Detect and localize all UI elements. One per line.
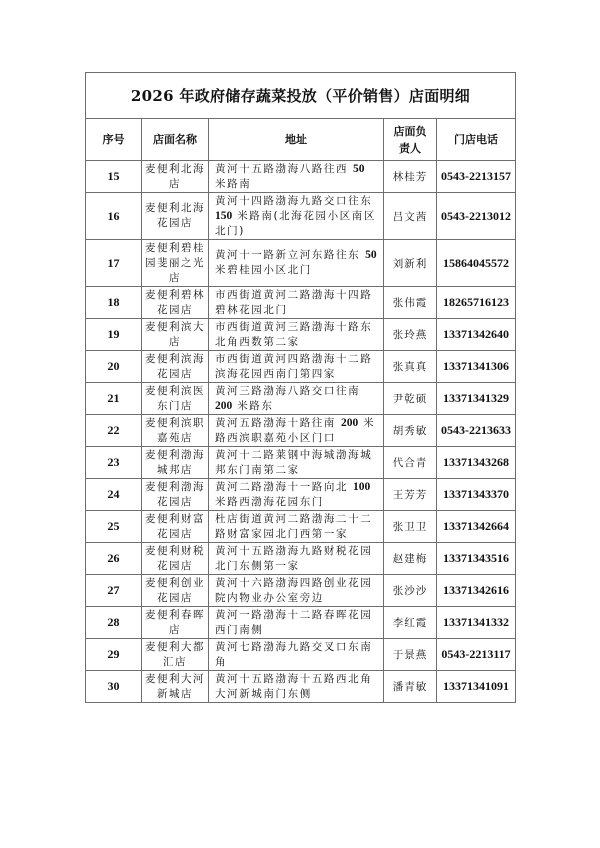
row-manager: 林桂芳 — [384, 161, 437, 193]
row-phone: 13371343370 — [437, 479, 516, 511]
table-row: 20麦便利滨海花园店市西街道黄河四路渤海十二路滨海花园西南门第四家张真真1337… — [86, 351, 516, 383]
row-store-name: 麦便利渤海城邦店 — [142, 447, 209, 479]
header-phone: 门店电话 — [437, 119, 516, 161]
row-store-name: 麦便利滨大店 — [142, 319, 209, 351]
row-index: 27 — [86, 575, 142, 607]
row-index: 18 — [86, 287, 142, 319]
row-manager: 尹乾硕 — [384, 383, 437, 415]
row-index: 23 — [86, 447, 142, 479]
row-manager: 刘新利 — [384, 240, 437, 287]
row-phone: 13371342616 — [437, 575, 516, 607]
row-store-name: 麦便利渤海花园店 — [142, 479, 209, 511]
row-address: 市西街道黄河三路渤海十路东北角西数第二家 — [209, 319, 384, 351]
table-row: 18麦便利碧林花园店市西街道黄河二路渤海十四路碧林花园北门张伟霞18265716… — [86, 287, 516, 319]
table-row: 27麦便利创业花园店黄河十六路渤海四路创业花园院内物业办公室旁边张沙沙13371… — [86, 575, 516, 607]
row-index: 16 — [86, 193, 142, 240]
row-address: 杜店街道黄河二路渤海二十二路财富家园北门西第一家 — [209, 511, 384, 543]
row-address: 黄河一路渤海十二路春晖花园西门南侧 — [209, 607, 384, 639]
row-address: 黄河十四路渤海九路交口往东 150 米路南(北海花园小区南区北门) — [209, 193, 384, 240]
table-header-row: 序号 店面名称 地址 店面负责人 门店电话 — [86, 119, 516, 161]
row-index: 22 — [86, 415, 142, 447]
row-index: 25 — [86, 511, 142, 543]
row-phone: 13371341091 — [437, 671, 516, 703]
row-store-name: 麦便利碧林花园店 — [142, 287, 209, 319]
row-address: 黄河十一路新立河东路往东 50 米碧桂园小区北门 — [209, 240, 384, 287]
row-manager: 赵建梅 — [384, 543, 437, 575]
row-phone: 0543-2213117 — [437, 639, 516, 671]
table-row: 22麦便利滨职嘉苑店黄河五路渤海十路往南 200 米路西滨职嘉苑小区门口胡秀敏0… — [86, 415, 516, 447]
row-index: 26 — [86, 543, 142, 575]
table-row: 16麦便利北海花园店黄河十四路渤海九路交口往东 150 米路南(北海花园小区南区… — [86, 193, 516, 240]
row-phone: 13371341329 — [437, 383, 516, 415]
row-manager: 张卫卫 — [384, 511, 437, 543]
row-index: 21 — [86, 383, 142, 415]
table-row: 21麦便利滨医东门店黄河三路渤海八路交口往南 200 米路东尹乾硕1337134… — [86, 383, 516, 415]
header-store-name: 店面名称 — [142, 119, 209, 161]
store-list-document: 2026 年政府储存蔬菜投放（平价销售）店面明细 序号 店面名称 地址 店面负责… — [85, 72, 515, 703]
table-row: 24麦便利渤海花园店黄河二路渤海十一路向北 100 米路西渤海花园东门王芳芳13… — [86, 479, 516, 511]
table-row: 29麦便利大都汇店黄河七路渤海九路交叉口东南角于景燕0543-2213117 — [86, 639, 516, 671]
row-store-name: 麦便利财税花园店 — [142, 543, 209, 575]
row-address: 黄河二路渤海十一路向北 100 米路西渤海花园东门 — [209, 479, 384, 511]
row-store-name: 麦便利大都汇店 — [142, 639, 209, 671]
row-phone: 0543-2213012 — [437, 193, 516, 240]
table-row: 15麦便利北海店黄河十五路渤海八路往西 50 米路南林桂芳0543-221315… — [86, 161, 516, 193]
row-index: 28 — [86, 607, 142, 639]
row-phone: 0543-2213633 — [437, 415, 516, 447]
header-address: 地址 — [209, 119, 384, 161]
row-phone: 13371342664 — [437, 511, 516, 543]
row-store-name: 麦便利春晖店 — [142, 607, 209, 639]
row-phone: 15864045572 — [437, 240, 516, 287]
row-manager: 王芳芳 — [384, 479, 437, 511]
row-phone: 13371342640 — [437, 319, 516, 351]
row-manager: 张沙沙 — [384, 575, 437, 607]
row-manager: 张伟霞 — [384, 287, 437, 319]
row-store-name: 麦便利滨海花园店 — [142, 351, 209, 383]
row-address: 黄河十五路渤海八路往西 50 米路南 — [209, 161, 384, 193]
row-store-name: 麦便利滨医东门店 — [142, 383, 209, 415]
row-index: 20 — [86, 351, 142, 383]
row-manager: 潘青敏 — [384, 671, 437, 703]
row-store-name: 麦便利创业花园店 — [142, 575, 209, 607]
header-manager: 店面负责人 — [384, 119, 437, 161]
row-phone: 0543-2213157 — [437, 161, 516, 193]
row-index: 30 — [86, 671, 142, 703]
header-index: 序号 — [86, 119, 142, 161]
row-address: 市西街道黄河四路渤海十二路滨海花园西南门第四家 — [209, 351, 384, 383]
row-index: 29 — [86, 639, 142, 671]
row-index: 17 — [86, 240, 142, 287]
row-address: 黄河三路渤海八路交口往南 200 米路东 — [209, 383, 384, 415]
table-row: 26麦便利财税花园店黄河十五路渤海九路财税花园北门东侧第一家赵建梅1337134… — [86, 543, 516, 575]
row-phone: 13371343516 — [437, 543, 516, 575]
row-address: 黄河十五路渤海十五路西北角大河新城南门东侧 — [209, 671, 384, 703]
row-manager: 于景燕 — [384, 639, 437, 671]
row-store-name: 麦便利大河新城店 — [142, 671, 209, 703]
row-store-name: 麦便利北海花园店 — [142, 193, 209, 240]
table-row: 19麦便利滨大店市西街道黄河三路渤海十路东北角西数第二家张玲燕133713426… — [86, 319, 516, 351]
row-store-name: 麦便利财富花园店 — [142, 511, 209, 543]
row-manager: 李红霞 — [384, 607, 437, 639]
table-row: 25麦便利财富花园店杜店街道黄河二路渤海二十二路财富家园北门西第一家张卫卫133… — [86, 511, 516, 543]
store-table: 2026 年政府储存蔬菜投放（平价销售）店面明细 序号 店面名称 地址 店面负责… — [85, 72, 516, 703]
row-phone: 13371341306 — [437, 351, 516, 383]
row-store-name: 麦便利北海店 — [142, 161, 209, 193]
row-address: 市西街道黄河二路渤海十四路碧林花园北门 — [209, 287, 384, 319]
row-manager: 吕文茜 — [384, 193, 437, 240]
row-manager: 张真真 — [384, 351, 437, 383]
row-index: 19 — [86, 319, 142, 351]
table-row: 28麦便利春晖店黄河一路渤海十二路春晖花园西门南侧李红霞13371341332 — [86, 607, 516, 639]
row-address: 黄河五路渤海十路往南 200 米路西滨职嘉苑小区门口 — [209, 415, 384, 447]
row-address: 黄河七路渤海九路交叉口东南角 — [209, 639, 384, 671]
row-manager: 代合青 — [384, 447, 437, 479]
row-address: 黄河十五路渤海九路财税花园北门东侧第一家 — [209, 543, 384, 575]
table-row: 30麦便利大河新城店黄河十五路渤海十五路西北角大河新城南门东侧潘青敏133713… — [86, 671, 516, 703]
row-phone: 13371341332 — [437, 607, 516, 639]
table-row: 17麦便利碧桂园斐丽之光店黄河十一路新立河东路往东 50 米碧桂园小区北门刘新利… — [86, 240, 516, 287]
row-index: 24 — [86, 479, 142, 511]
table-row: 23麦便利渤海城邦店黄河十二路莱钢中海城渤海城邦东门南第二家代合青1337134… — [86, 447, 516, 479]
row-manager: 胡秀敏 — [384, 415, 437, 447]
document-title: 2026 年政府储存蔬菜投放（平价销售）店面明细 — [86, 73, 516, 119]
row-phone: 18265716123 — [437, 287, 516, 319]
row-phone: 13371343268 — [437, 447, 516, 479]
row-address: 黄河十二路莱钢中海城渤海城邦东门南第二家 — [209, 447, 384, 479]
row-address: 黄河十六路渤海四路创业花园院内物业办公室旁边 — [209, 575, 384, 607]
row-store-name: 麦便利滨职嘉苑店 — [142, 415, 209, 447]
row-store-name: 麦便利碧桂园斐丽之光店 — [142, 240, 209, 287]
row-manager: 张玲燕 — [384, 319, 437, 351]
row-index: 15 — [86, 161, 142, 193]
